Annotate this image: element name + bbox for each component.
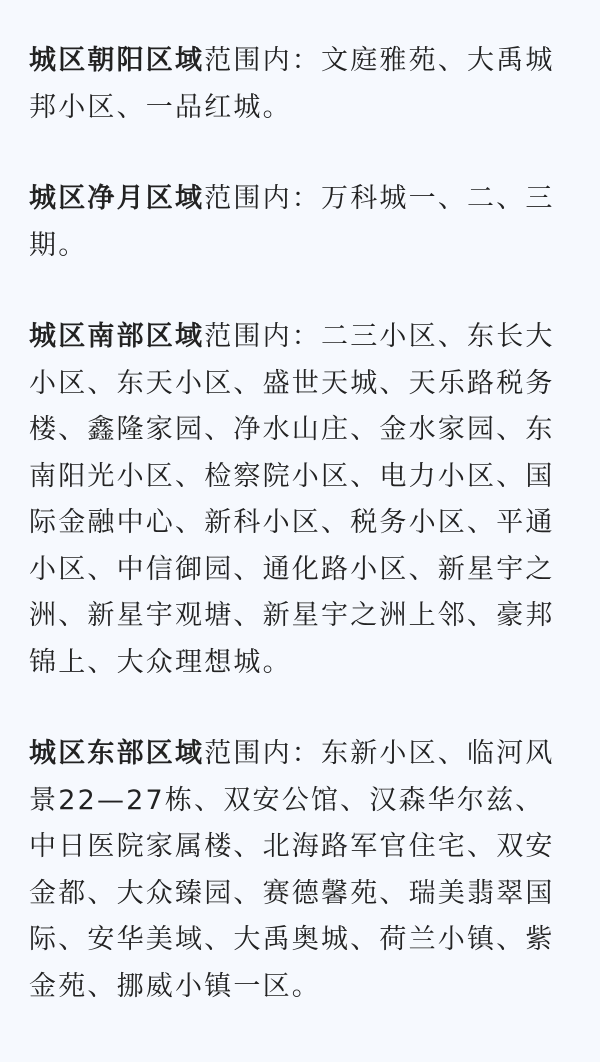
range-label: 范围内： (204, 183, 321, 214)
community-list: 二三小区、东长大小区、东天小区、盛世天城、天乐路税务楼、鑫隆家园、净水山庄、金水… (29, 321, 555, 678)
paragraph-jingyue: 城区净月区域范围内：万科城一、二、三期。 (29, 176, 570, 269)
paragraph-south: 城区南部区域范围内：二三小区、东长大小区、东天小区、盛世天城、天乐路税务楼、鑫隆… (29, 314, 570, 686)
range-label: 范围内： (204, 738, 321, 769)
article-body: 城区朝阳区域范围内：文庭雅苑、大禹城邦小区、一品红城。 城区净月区域范围内：万科… (0, 0, 600, 1010)
paragraph-east: 城区东部区域范围内：东新小区、临河风景22—27栋、双安公馆、汉森华尔兹、中日医… (29, 731, 570, 1010)
region-title: 城区东部区域 (29, 738, 204, 769)
region-title: 城区南部区域 (29, 321, 204, 352)
community-list: 东新小区、临河风景22—27栋、双安公馆、汉森华尔兹、中日医院家属楼、北海路军官… (29, 738, 555, 1002)
region-title: 城区朝阳区域 (29, 45, 204, 76)
range-label: 范围内： (204, 45, 321, 76)
range-label: 范围内： (204, 321, 321, 352)
paragraph-chaoyang: 城区朝阳区域范围内：文庭雅苑、大禹城邦小区、一品红城。 (29, 38, 570, 131)
region-title: 城区净月区域 (29, 183, 204, 214)
